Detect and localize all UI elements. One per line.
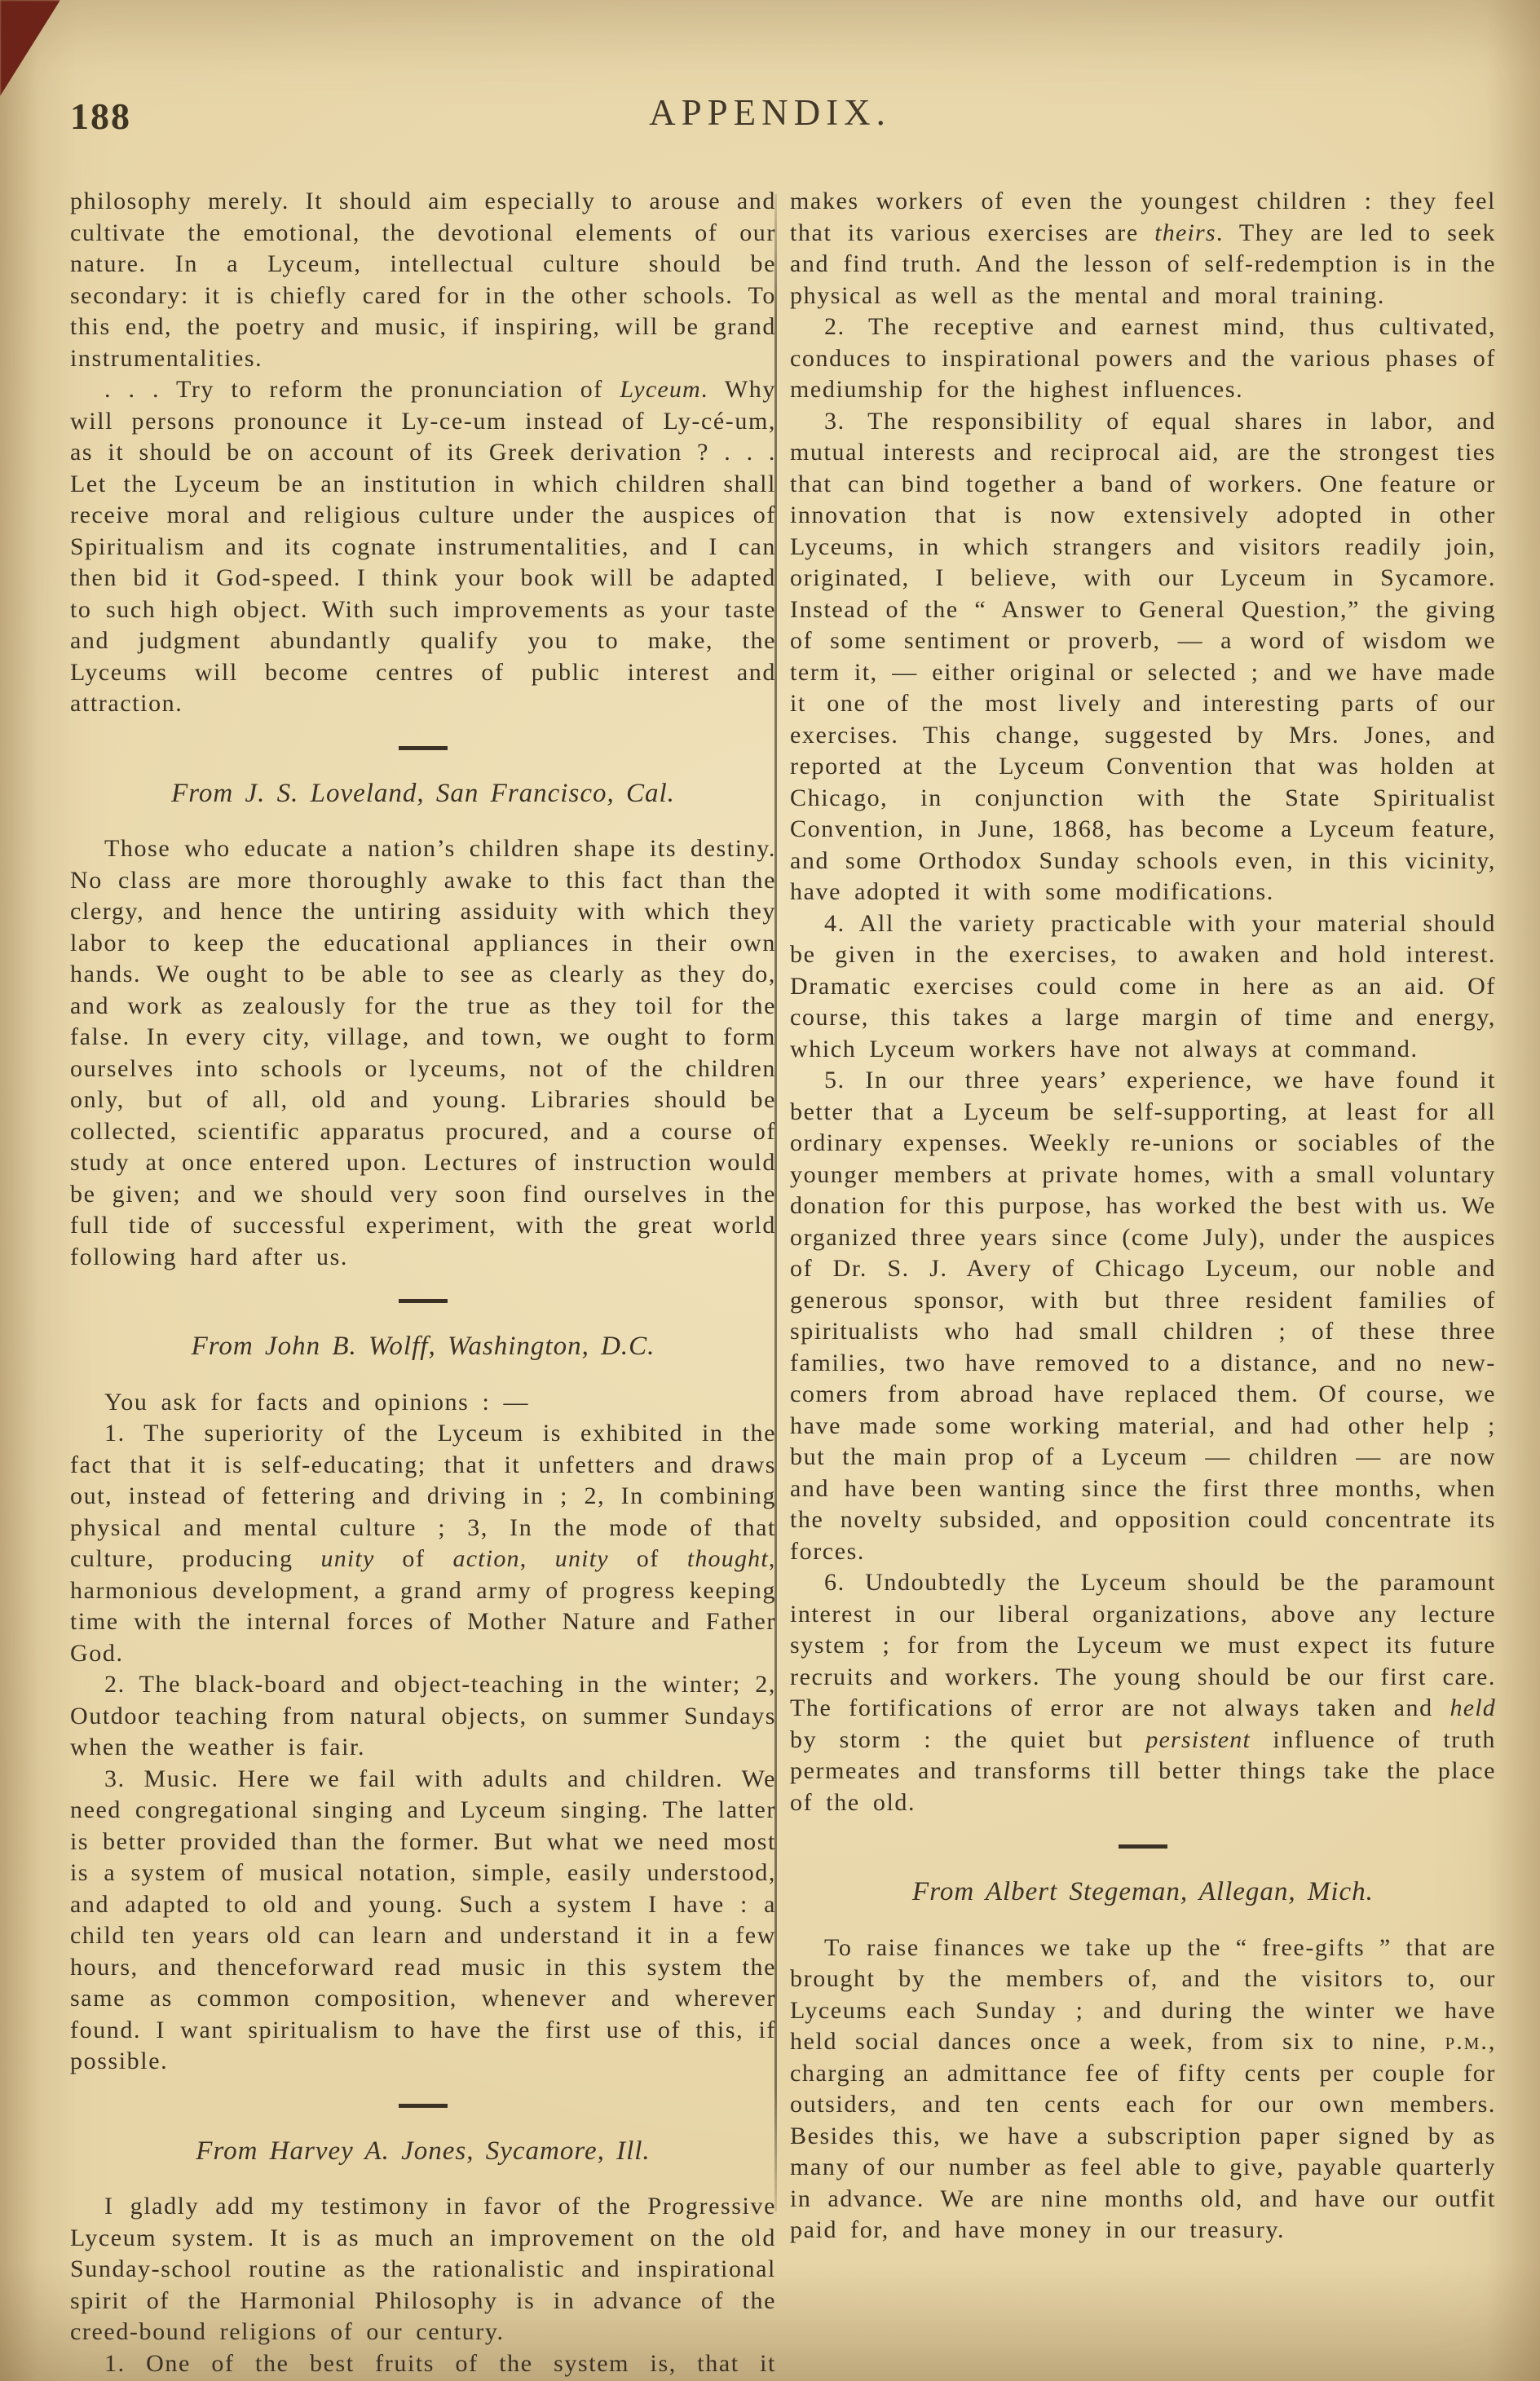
column-divider-rule	[774, 194, 777, 2211]
letter-heading: From Harvey A. Jones, Sycamore, Ill.	[70, 2136, 776, 2167]
paragraph: 5. In our three years’ experience, we ha…	[790, 1065, 1496, 1567]
right-column: makes workers of even the youngest child…	[790, 186, 1496, 2246]
paragraph: Those who educate a nation’s children sh…	[70, 833, 776, 1273]
letter-heading: From J. S. Loveland, San Francisco, Cal.	[70, 778, 776, 810]
section-divider	[1119, 1844, 1167, 1849]
letter-heading: From Albert Stegeman, Allegan, Mich.	[790, 1876, 1496, 1908]
paragraph: 1. One of the best fruits of the system …	[70, 2348, 776, 2380]
page-corner-shadow	[0, 0, 60, 96]
paragraph: 3. The responsibility of equal shares in…	[790, 406, 1496, 908]
paragraph: 3. Music. Here we fail with adults and c…	[70, 1764, 776, 2078]
paragraph: 6. Undoubtedly the Lyceum should be the …	[790, 1567, 1496, 1818]
book-page: 188 APPENDIX. philosophy merely. It shou…	[0, 0, 1540, 2381]
paragraph: 1. The superiority of the Lyceum is exhi…	[70, 1418, 776, 1669]
paragraph: You ask for facts and opinions : —	[70, 1387, 776, 1419]
paragraph: makes workers of even the youngest child…	[790, 186, 1496, 311]
paragraph: philosophy merely. It should aim especia…	[70, 186, 776, 374]
section-divider	[399, 746, 448, 750]
running-title: APPENDIX.	[0, 91, 1540, 134]
paragraph: 4. All the variety practicable with your…	[790, 908, 1496, 1066]
letter-heading: From John B. Wolff, Washington, D.C.	[70, 1331, 776, 1363]
section-divider	[399, 1299, 448, 1303]
left-column: philosophy merely. It should aim especia…	[70, 186, 776, 2379]
paragraph: To raise finances we take up the “ free-…	[790, 1933, 1496, 2246]
paragraph: I gladly add my testimony in favor of th…	[70, 2191, 776, 2348]
section-divider	[399, 2104, 448, 2108]
paragraph: . . . Try to reform the pronunciation of…	[70, 374, 776, 720]
paragraph: 2. The black-board and object-teaching i…	[70, 1669, 776, 1764]
paragraph: 2. The receptive and earnest mind, thus …	[790, 311, 1496, 406]
